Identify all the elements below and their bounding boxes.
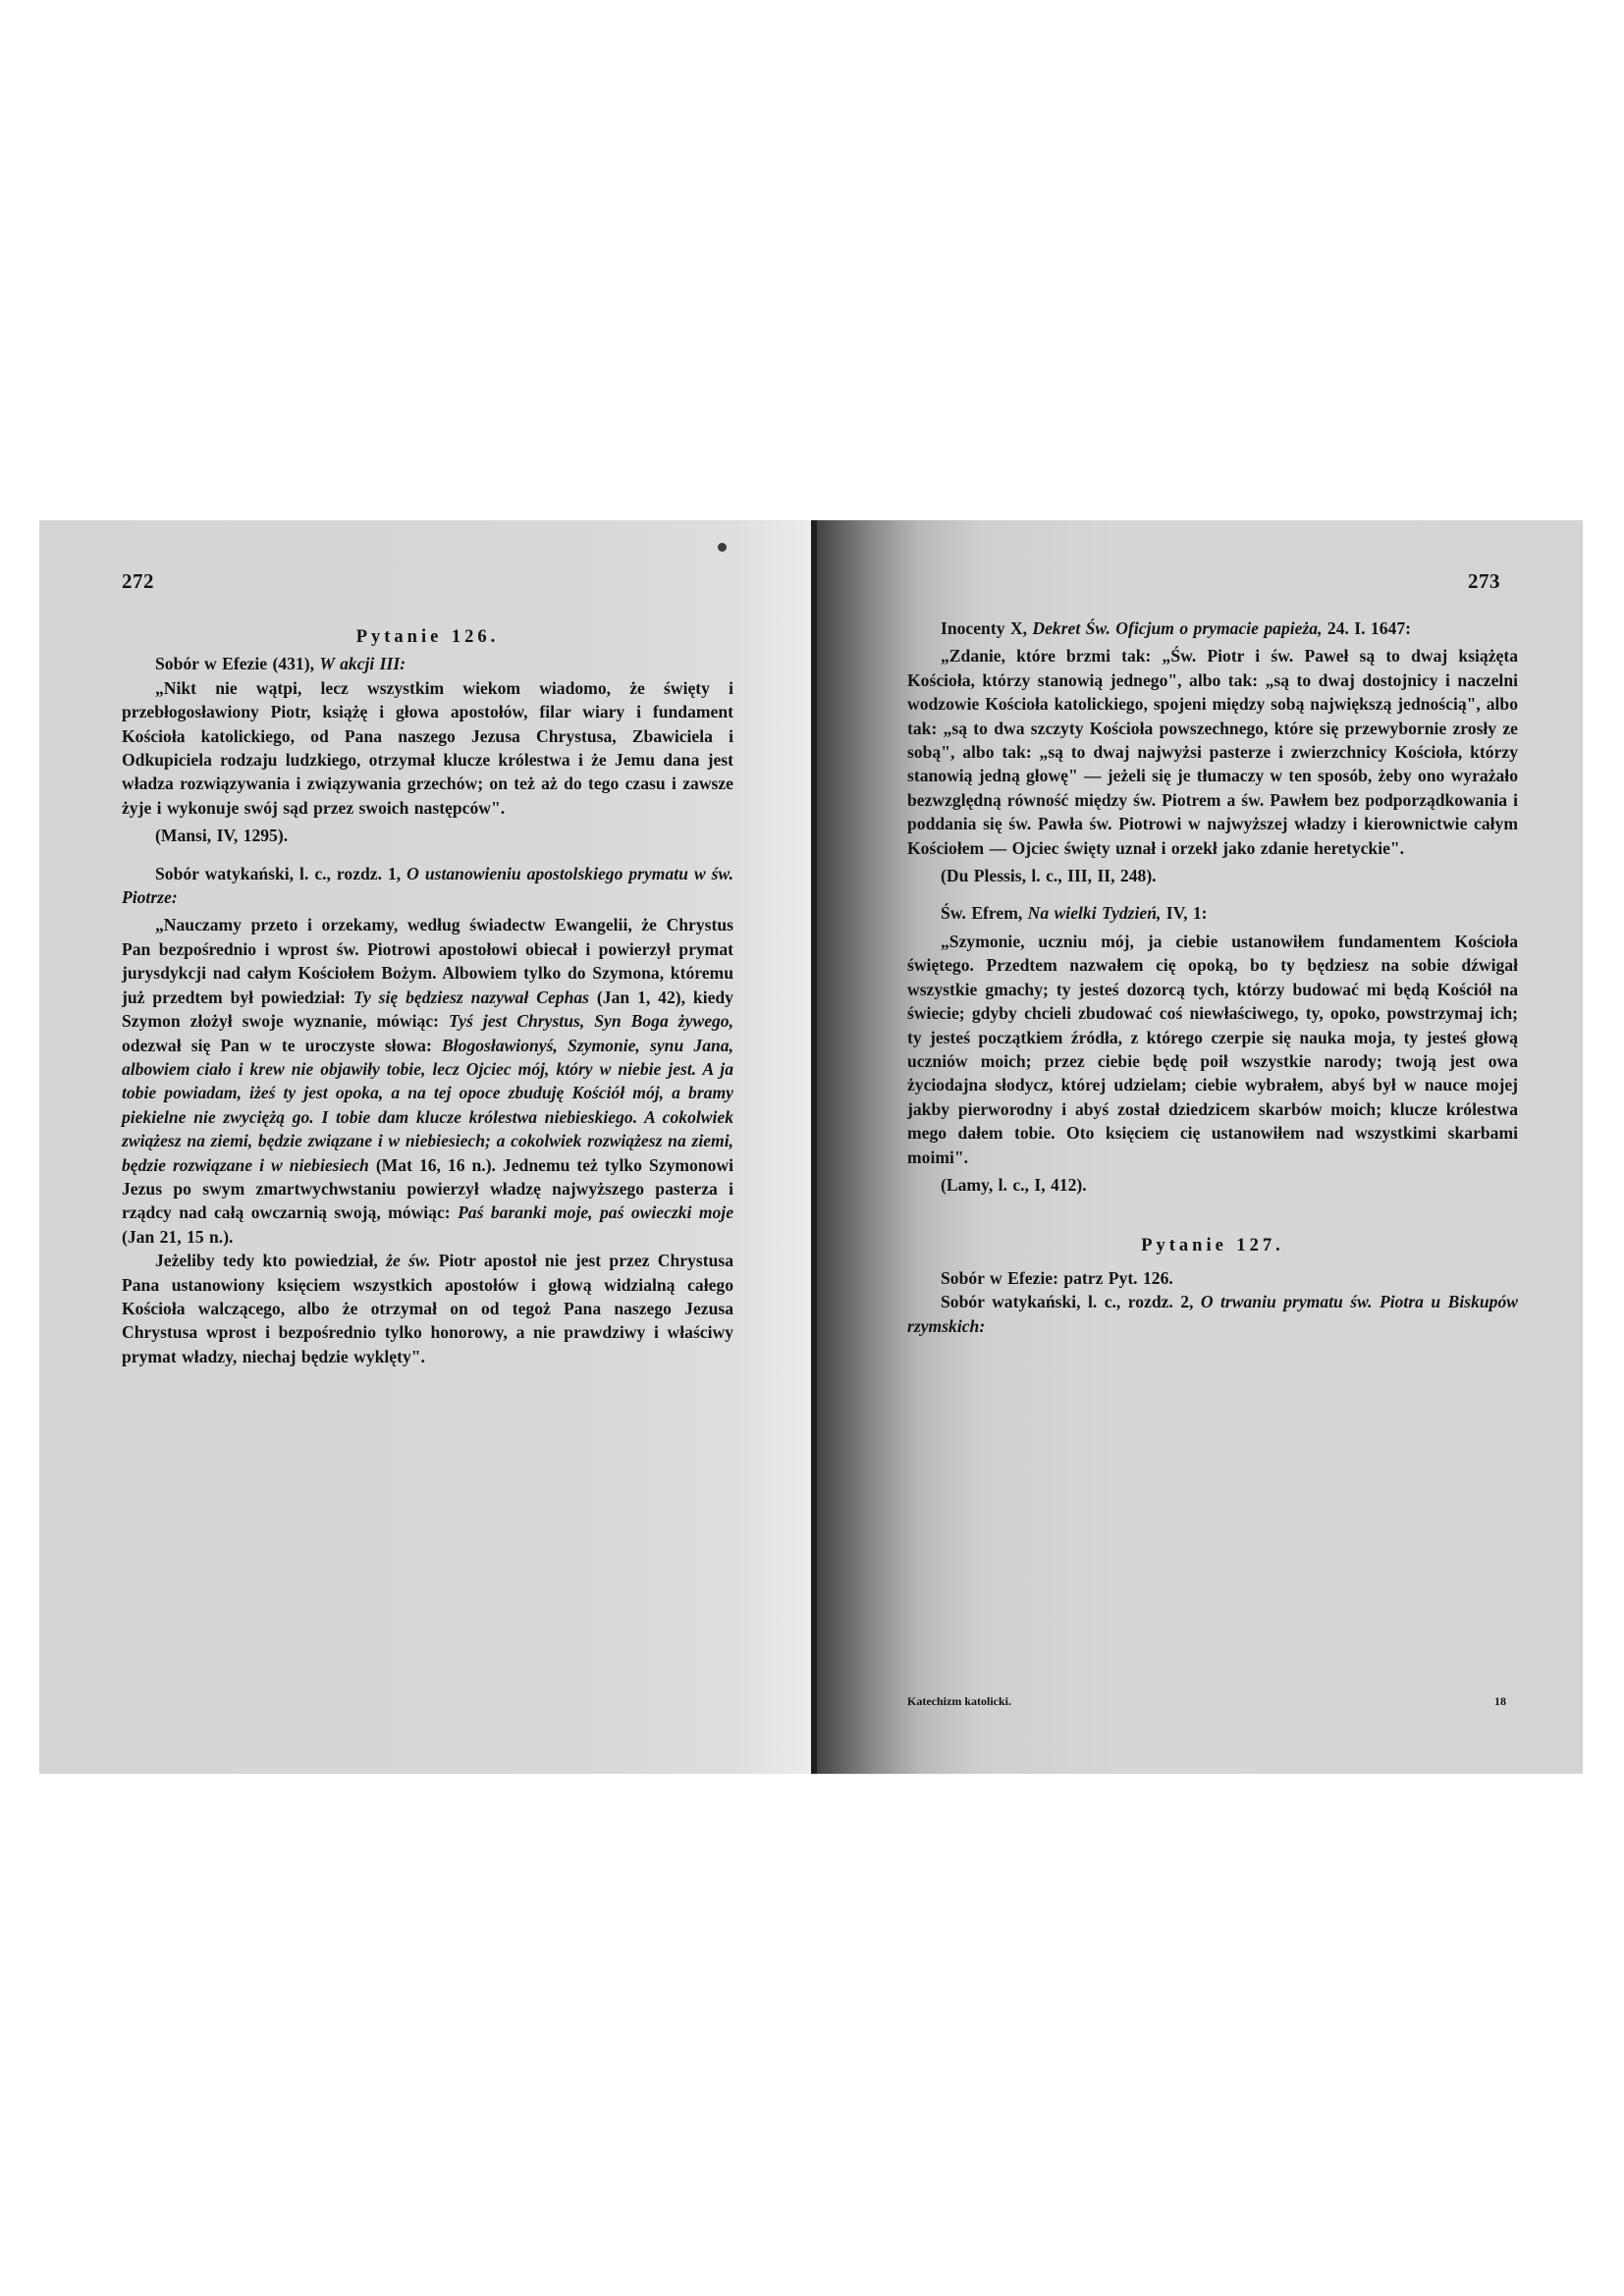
source-title: Na wielki Tydzień,: [1028, 903, 1162, 923]
source-st-ephrem: Św. Efrem, Na wielki Tydzień, IV, 1:: [907, 901, 1518, 925]
source-vatican-council-ch1: Sobór watykański, l. c., rozdz. 1, O ust…: [122, 862, 733, 910]
italic-run: Błogosławionyś, Szymonie, synu Jana, alb…: [122, 1036, 733, 1175]
citation-du-plessis: (Du Plessis, l. c., III, II, 248).: [907, 864, 1518, 887]
book-spread-scan: 272 Pytanie 126. Sobór w Efezie (431), W…: [39, 520, 1583, 1774]
text-run: Jeżeliby tedy kto powiedział,: [155, 1251, 386, 1270]
footer-signature-mark: 18: [1494, 1694, 1518, 1709]
quote-innocent-x: „Zdanie, które brzmi tak: „Św. Piotr i ś…: [907, 644, 1518, 860]
quote-ephesus: „Nikt nie wątpi, lecz wszystkim wiekom w…: [122, 676, 733, 820]
footer-book-title: Katechizm katolicki.: [907, 1694, 1011, 1709]
source-ephesus-reference: Sobór w Efezie: patrz Pyt. 126.: [907, 1266, 1518, 1290]
source-ref: IV, 1:: [1161, 903, 1207, 923]
page-number-left: 272: [122, 569, 154, 594]
source-text: Inocenty X,: [941, 618, 1032, 638]
question-heading-126: Pytanie 126.: [122, 625, 733, 649]
ink-speck: [718, 543, 727, 552]
source-text: Św. Efrem,: [941, 903, 1028, 923]
book-spine-shadow: [811, 520, 817, 1774]
right-page: 273 Inocenty X, Dekret Św. Oficjum o pry…: [811, 520, 1583, 1774]
source-innocent-x: Inocenty X, Dekret Św. Oficjum o prymaci…: [907, 616, 1518, 640]
italic-run: Ty się będziesz nazywał Cephas: [353, 988, 589, 1007]
source-text: Sobór w Efezie (431),: [155, 654, 319, 673]
source-title: W akcji III:: [319, 654, 406, 673]
source-council-ephesus: Sobór w Efezie (431), W akcji III:: [122, 652, 733, 675]
source-date: 24. I. 1647:: [1323, 618, 1411, 638]
source-text: Sobór watykański, l. c., rozdz. 1,: [155, 864, 406, 883]
quote-anathema: Jeżeliby tedy kto powiedział, że św. Pio…: [122, 1249, 733, 1368]
question-heading-127: Pytanie 127.: [907, 1234, 1518, 1257]
italic-run: że św.: [386, 1251, 430, 1270]
page-footer: Katechizm katolicki. 18: [907, 1694, 1518, 1709]
quote-st-ephrem: „Szymonie, uczniu mój, ja ciebie ustanow…: [907, 930, 1518, 1169]
citation-mansi: (Mansi, IV, 1295).: [122, 824, 733, 847]
source-title: Dekret Św. Oficjum o prymacie papieża,: [1032, 618, 1322, 638]
text-run: (Jan 21, 15 n.).: [122, 1227, 233, 1247]
italic-run: Tyś jest Chrystus, Syn Boga żywego,: [449, 1011, 733, 1031]
source-text: Sobór watykański, l. c., rozdz. 2,: [941, 1292, 1201, 1311]
italic-run: Paś baranki moje, paś owieczki moje: [458, 1202, 733, 1222]
left-page-text: Pytanie 126. Sobór w Efezie (431), W akc…: [122, 625, 733, 1368]
left-page: 272 Pytanie 126. Sobór w Efezie (431), W…: [39, 520, 811, 1774]
right-page-text: Inocenty X, Dekret Św. Oficjum o prymaci…: [907, 616, 1518, 1338]
text-run: odezwał się Pan w te uroczyste słowa:: [122, 1036, 442, 1055]
quote-vatican-ch1: „Nauczamy przeto i orzekamy, według świa…: [122, 913, 733, 1249]
page-number-right: 273: [1468, 569, 1500, 594]
source-vatican-council-ch2: Sobór watykański, l. c., rozdz. 2, O trw…: [907, 1290, 1518, 1338]
citation-lamy: (Lamy, l. c., I, 412).: [907, 1173, 1518, 1197]
